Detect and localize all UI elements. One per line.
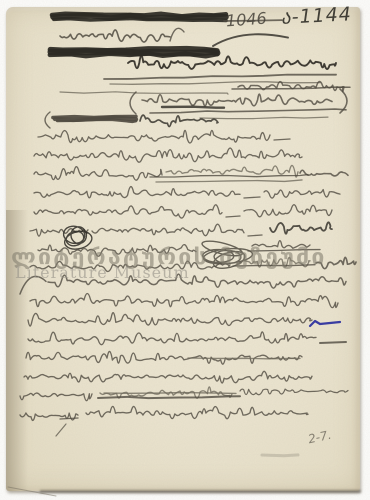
archive-number-new: ა-1144 — [280, 3, 352, 29]
watermark-english-text: Literature Museum — [15, 263, 190, 282]
scanned-manuscript-view: 1046 ა-1144 2-7. ლიტერატურის მუზეუმი Lit… — [0, 0, 370, 500]
paper-bottom-edge-shadow — [40, 490, 361, 493]
archive-number-old: 1046 — [225, 9, 267, 31]
